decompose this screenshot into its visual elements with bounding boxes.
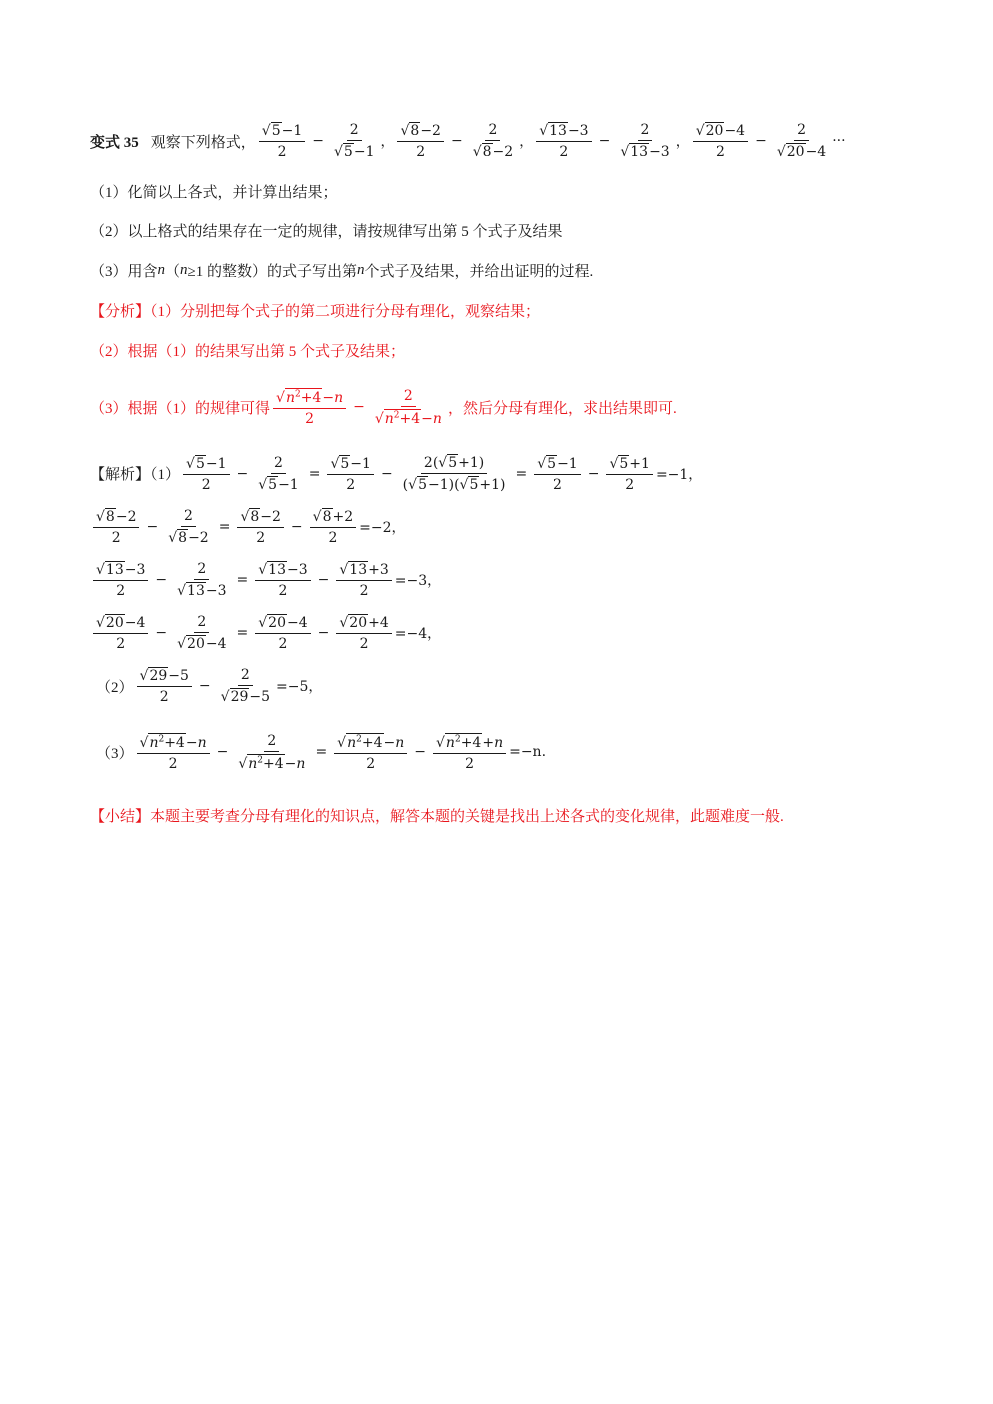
denominator: 2 bbox=[462, 754, 477, 772]
radical-sign: √ bbox=[339, 562, 348, 578]
math-group: √8−2 bbox=[96, 508, 136, 525]
math-group: √5−1 bbox=[334, 143, 374, 160]
operator: − bbox=[318, 572, 330, 588]
math-group: √5+1 bbox=[609, 455, 649, 472]
summary: 【小结】本题主要考查分母有理化的知识点，解答本题的关键是找出上述各式的变化规律，… bbox=[90, 805, 784, 826]
question-3: （3）用含 n （ n ≥1 的整数）的式子写出第 n 个式子及结果，并给出证明… bbox=[90, 260, 593, 281]
numerator: √29−5 bbox=[137, 667, 192, 687]
radical-sign: √ bbox=[140, 735, 149, 751]
fraction: √20+42 bbox=[336, 614, 391, 652]
fraction: √20−42 bbox=[693, 122, 748, 160]
numerator: √n2+4−n bbox=[334, 733, 407, 754]
denominator: 2 bbox=[622, 475, 637, 493]
operator: − bbox=[755, 133, 767, 149]
radicand: 5 bbox=[546, 455, 557, 472]
sqrt: √20 bbox=[696, 122, 725, 139]
radicand: n2+4 bbox=[148, 733, 185, 751]
math-group: √8−2 bbox=[168, 529, 208, 546]
radicand: n2+4 bbox=[384, 409, 421, 427]
problem-intro: 观察下列格式， bbox=[151, 131, 256, 152]
operator: − bbox=[451, 133, 463, 149]
n-squared-plus-4: n2+4 bbox=[385, 411, 420, 427]
fraction: 2√8−2 bbox=[165, 508, 211, 546]
math-group: √8−2 bbox=[400, 122, 440, 139]
numerator: √20−4 bbox=[255, 614, 310, 634]
radical-sign: √ bbox=[609, 456, 618, 472]
operator: = bbox=[309, 466, 321, 482]
fraction: 2√5−1 bbox=[255, 455, 301, 493]
radical-sign: √ bbox=[168, 530, 177, 546]
fraction: 2√5−1 bbox=[331, 122, 377, 160]
radicand: 8 bbox=[482, 143, 493, 160]
denominator: 2 bbox=[556, 142, 571, 160]
radical-sign: √ bbox=[539, 123, 548, 139]
fraction: √n2+4−n2 bbox=[137, 733, 210, 772]
radicand: 29 bbox=[230, 688, 250, 705]
radical-sign: √ bbox=[177, 583, 186, 599]
fraction: 2√20−4 bbox=[774, 122, 829, 160]
radical-sign: √ bbox=[313, 509, 322, 525]
var-n: n bbox=[494, 735, 503, 751]
sqrt: √13 bbox=[339, 561, 368, 578]
math-group: √20−4 bbox=[777, 143, 826, 160]
numerator: √n2+4−n bbox=[137, 733, 210, 754]
fraction: √13−32 bbox=[255, 561, 310, 599]
sqrt: √13 bbox=[96, 561, 125, 578]
radical-sign: √ bbox=[96, 509, 105, 525]
math-group: √5−1 bbox=[537, 455, 577, 472]
radicand: 13 bbox=[186, 582, 206, 599]
numerator: √13−3 bbox=[536, 122, 591, 142]
numerator: √n2+4−n bbox=[273, 388, 346, 409]
result: =−1， bbox=[656, 464, 702, 484]
numerator: √13+3 bbox=[336, 561, 391, 581]
sqrt: √5 bbox=[186, 455, 206, 472]
math-group: √13−3 bbox=[258, 561, 307, 578]
operator: − bbox=[318, 625, 330, 641]
math-group: √n2+4−n bbox=[276, 388, 343, 406]
operator: − bbox=[146, 519, 158, 535]
problem-statement: 变式 35 观察下列格式， √5−12−2√5−1，√8−22−2√8−2，√1… bbox=[90, 122, 846, 160]
numerator: √5−1 bbox=[183, 455, 229, 475]
radical-sign: √ bbox=[276, 390, 285, 406]
denominator: 2 bbox=[357, 634, 372, 652]
radicand: 8 bbox=[177, 529, 188, 546]
operator: = bbox=[219, 519, 231, 535]
fraction: √8−22 bbox=[237, 508, 283, 546]
numerator: 2 bbox=[794, 122, 809, 141]
n-squared-plus-4: n2+4 bbox=[149, 735, 184, 751]
operator: − bbox=[155, 572, 167, 588]
radical-sign: √ bbox=[375, 411, 384, 427]
sqrt: √n2+4 bbox=[140, 733, 186, 751]
exponent: 2 bbox=[356, 734, 362, 744]
numerator: 2 bbox=[401, 388, 416, 407]
radicand: 5 bbox=[339, 455, 350, 472]
radicand: 5 bbox=[468, 476, 479, 493]
sqrt: √8 bbox=[400, 122, 420, 139]
radical-sign: √ bbox=[620, 144, 629, 160]
exponent: 2 bbox=[257, 755, 263, 765]
fraction: √5+12 bbox=[606, 455, 652, 493]
sqrt: √5 bbox=[408, 476, 428, 493]
radicand: 20 bbox=[105, 614, 125, 631]
denominator: 2 bbox=[363, 754, 378, 772]
operator: − bbox=[381, 466, 393, 482]
radicand: 20 bbox=[186, 635, 206, 652]
fraction: 2√29−5 bbox=[218, 667, 273, 705]
sqrt: √8 bbox=[473, 143, 493, 160]
fraction: √5−12 bbox=[183, 455, 229, 493]
n-squared-plus-4: n2+4 bbox=[347, 735, 382, 751]
math-group: √29−5 bbox=[140, 667, 189, 684]
operator: − bbox=[312, 133, 324, 149]
radicand: 5 bbox=[417, 476, 428, 493]
numerator: 2 bbox=[194, 561, 209, 580]
sqrt: √20 bbox=[339, 614, 368, 631]
operator: − bbox=[199, 678, 211, 694]
denominator: 2 bbox=[166, 754, 181, 772]
radicand: 20 bbox=[705, 122, 725, 139]
radical-sign: √ bbox=[334, 144, 343, 160]
numerator: 2 bbox=[638, 122, 653, 141]
sqrt: √n2+4 bbox=[375, 409, 421, 427]
sqrt: √5 bbox=[334, 143, 354, 160]
math-group: (√5−1)(√5+1) bbox=[403, 476, 506, 493]
radical-sign: √ bbox=[537, 456, 546, 472]
sqrt: √n2+4 bbox=[337, 733, 383, 751]
operator: − bbox=[599, 133, 611, 149]
var-n: n bbox=[286, 390, 295, 406]
sqrt: √n2+4 bbox=[276, 388, 322, 406]
exponent: 2 bbox=[394, 410, 400, 420]
comma: ， bbox=[676, 131, 690, 151]
numerator: √13−3 bbox=[255, 561, 310, 581]
radicand: 20 bbox=[348, 614, 368, 631]
fraction: √5−12 bbox=[259, 122, 305, 160]
radical-sign: √ bbox=[777, 144, 786, 160]
numerator: √20−4 bbox=[93, 614, 148, 634]
radical-sign: √ bbox=[262, 123, 271, 139]
solution-line-2: √8−22−2√8−2=√8−22−√8+22=−2， bbox=[90, 508, 406, 546]
sqrt: √20 bbox=[96, 614, 125, 631]
fraction: √13−32 bbox=[536, 122, 591, 160]
radical-sign: √ bbox=[258, 615, 267, 631]
fraction: √n2+4−n2 bbox=[273, 388, 346, 427]
radical-sign: √ bbox=[258, 562, 267, 578]
math-group: √13−3 bbox=[620, 143, 669, 160]
radical-sign: √ bbox=[408, 477, 417, 493]
fraction: 2√8−2 bbox=[470, 122, 516, 160]
sqrt: √5 bbox=[262, 122, 282, 139]
var-n: n bbox=[198, 735, 207, 751]
denominator: 2 bbox=[199, 475, 214, 493]
result: =−3， bbox=[395, 570, 441, 590]
numerator: √20+4 bbox=[336, 614, 391, 634]
denominator: (√5−1)(√5+1) bbox=[400, 474, 509, 493]
radicand: 20 bbox=[786, 143, 806, 160]
var-n: n bbox=[433, 411, 442, 427]
operator: − bbox=[155, 625, 167, 641]
fraction: √29−52 bbox=[137, 667, 192, 705]
math-group: √n2+4+n bbox=[436, 733, 503, 751]
radicand: n2+4 bbox=[445, 733, 482, 751]
var-n: n bbox=[446, 735, 455, 751]
denominator: 2 bbox=[113, 581, 128, 599]
sqrt: √13 bbox=[539, 122, 568, 139]
denominator: 2 bbox=[253, 528, 268, 546]
math-group: √13−3 bbox=[539, 122, 588, 139]
solution-line-4: √20−42−2√20−4=√20−42−√20+42=−4， bbox=[90, 614, 441, 652]
question-1: （1）化简以上各式，并计算出结果； bbox=[90, 181, 338, 202]
fraction: 2√13−3 bbox=[617, 122, 672, 160]
math-group: √20−4 bbox=[258, 614, 307, 631]
n-squared-plus-4: n2+4 bbox=[248, 756, 283, 772]
radicand: 13 bbox=[348, 561, 368, 578]
fraction: √8−22 bbox=[397, 122, 443, 160]
math-group: √n2+4−n bbox=[375, 409, 442, 427]
denominator: √13−3 bbox=[617, 141, 672, 160]
math-group: √13−3 bbox=[177, 582, 226, 599]
solution-line-1: 【解析】（1） √5−12−2√5−1=√5−12−2(√5+1)(√5−1)(… bbox=[90, 454, 702, 493]
var-n: n bbox=[248, 756, 257, 772]
radical-sign: √ bbox=[140, 668, 149, 684]
sqrt: √8 bbox=[313, 508, 333, 525]
sqrt: √13 bbox=[177, 582, 206, 599]
fraction: √13−32 bbox=[93, 561, 148, 599]
sqrt: √13 bbox=[620, 143, 649, 160]
denominator: 2 bbox=[550, 475, 565, 493]
numerator: √8−2 bbox=[93, 508, 139, 528]
sqrt: √5 bbox=[537, 455, 557, 472]
radical-sign: √ bbox=[186, 456, 195, 472]
radical-sign: √ bbox=[330, 456, 339, 472]
sqrt: √5 bbox=[330, 455, 350, 472]
fraction: √5−12 bbox=[534, 455, 580, 493]
denominator: 2 bbox=[109, 528, 124, 546]
radicand: 13 bbox=[105, 561, 125, 578]
sqrt: √5 bbox=[609, 455, 629, 472]
operator: = bbox=[237, 572, 249, 588]
fraction: √5−12 bbox=[327, 455, 373, 493]
analysis-line-1: 【分析】（1）分别把每个式子的第二项进行分母有理化，观察结果； bbox=[90, 300, 540, 321]
radical-sign: √ bbox=[96, 615, 105, 631]
radicand: 8 bbox=[322, 508, 333, 525]
comma: ， bbox=[380, 131, 394, 151]
numerator: √5−1 bbox=[534, 455, 580, 475]
solution-part-3: （3） √n2+4−n2−2√n2+4−n=√n2+4−n2−√n2+4+n2=… bbox=[96, 733, 546, 772]
operator: − bbox=[237, 466, 249, 482]
radical-sign: √ bbox=[177, 636, 186, 652]
numerator: √5−1 bbox=[259, 122, 305, 142]
denominator: 2 bbox=[157, 687, 172, 705]
operator: − bbox=[588, 466, 600, 482]
numerator: √8+2 bbox=[310, 508, 356, 528]
math-group: √n2+4−n bbox=[140, 733, 207, 751]
operator: = bbox=[237, 625, 249, 641]
denominator: √n2+4−n bbox=[372, 407, 445, 427]
numerator: 2 bbox=[271, 455, 286, 474]
numerator: √5−1 bbox=[327, 455, 373, 475]
radicand: 13 bbox=[267, 561, 287, 578]
radical-sign: √ bbox=[221, 689, 230, 705]
n-squared-plus-4: n2+4 bbox=[286, 390, 321, 406]
radicand: 5 bbox=[267, 476, 278, 493]
numerator: 2(√5+1) bbox=[421, 454, 487, 474]
var-n: n bbox=[385, 411, 394, 427]
radical-sign: √ bbox=[473, 144, 482, 160]
result: =−n. bbox=[509, 744, 546, 760]
radicand: 29 bbox=[148, 667, 168, 684]
radicand: 20 bbox=[267, 614, 287, 631]
math-group: √20−4 bbox=[177, 635, 226, 652]
denominator: √8−2 bbox=[470, 141, 516, 160]
ellipsis: ··· bbox=[832, 133, 845, 149]
radical-sign: √ bbox=[238, 756, 247, 772]
general-expression: √n2+4−n2−2√n2+4−n bbox=[270, 388, 448, 427]
radicand: n2+4 bbox=[346, 733, 383, 751]
math-group: √8−2 bbox=[240, 508, 280, 525]
numerator: √8−2 bbox=[397, 122, 443, 142]
math-group: √8−2 bbox=[473, 143, 513, 160]
operator: = bbox=[516, 466, 528, 482]
fraction: 2√n2+4−n bbox=[372, 388, 445, 427]
denominator: 2 bbox=[413, 142, 428, 160]
radicand: n2+4 bbox=[285, 388, 322, 406]
radicand: n2+4 bbox=[247, 754, 284, 772]
sqrt: √5 bbox=[438, 454, 458, 471]
var-n: n bbox=[395, 735, 404, 751]
math-group: √8+2 bbox=[313, 508, 353, 525]
radicand: 5 bbox=[447, 454, 458, 471]
denominator: 2 bbox=[113, 634, 128, 652]
math-group: 2(√5+1) bbox=[424, 454, 484, 471]
exponent: 2 bbox=[295, 389, 301, 399]
n-squared-plus-4: n2+4 bbox=[446, 735, 481, 751]
denominator: 2 bbox=[343, 475, 358, 493]
math-group: √n2+4−n bbox=[238, 754, 305, 772]
numerator: √8−2 bbox=[237, 508, 283, 528]
sqrt: √8 bbox=[240, 508, 260, 525]
analysis-line-2: （2）根据（1）的结果写出第 5 个式子及结果； bbox=[90, 340, 405, 361]
numerator: √13−3 bbox=[93, 561, 148, 581]
sqrt: √13 bbox=[258, 561, 287, 578]
result: =−2， bbox=[359, 517, 405, 537]
solution-line-3: √13−32−2√13−3=√13−32−√13+32=−3， bbox=[90, 561, 441, 599]
numerator: 2 bbox=[194, 614, 209, 633]
radicand: 5 bbox=[618, 455, 629, 472]
result: =−5， bbox=[276, 676, 322, 696]
math-group: √5−1 bbox=[262, 122, 302, 139]
denominator: √20−4 bbox=[774, 141, 829, 160]
sqrt: √8 bbox=[96, 508, 116, 525]
denominator: √8−2 bbox=[165, 527, 211, 546]
radical-sign: √ bbox=[258, 477, 267, 493]
radical-sign: √ bbox=[436, 735, 445, 751]
math-group: √n2+4−n bbox=[337, 733, 404, 751]
denominator: √n2+4−n bbox=[235, 752, 308, 772]
fraction: √20−42 bbox=[93, 614, 148, 652]
problem-tag: 变式 35 bbox=[90, 131, 139, 152]
radical-sign: √ bbox=[337, 735, 346, 751]
analysis-line-3: （3）根据（1）的规律可得 √n2+4−n2−2√n2+4−n ，然后分母有理化… bbox=[90, 388, 677, 427]
var-n: n bbox=[334, 390, 343, 406]
fraction: 2√n2+4−n bbox=[235, 733, 308, 772]
result: =−4， bbox=[395, 623, 441, 643]
sqrt: √20 bbox=[177, 635, 206, 652]
radical-sign: √ bbox=[240, 509, 249, 525]
numerator: 2 bbox=[347, 122, 362, 141]
operator: − bbox=[291, 519, 303, 535]
denominator: √20−4 bbox=[174, 633, 229, 652]
sqrt: √29 bbox=[221, 688, 250, 705]
denominator: 2 bbox=[275, 142, 290, 160]
math-group: √20−4 bbox=[96, 614, 145, 631]
denominator: √29−5 bbox=[218, 686, 273, 705]
numerator: √5+1 bbox=[606, 455, 652, 475]
denominator: √13−3 bbox=[174, 580, 229, 599]
solution-label: 【解析】（1） bbox=[90, 463, 180, 484]
denominator: 2 bbox=[325, 528, 340, 546]
denominator: 2 bbox=[275, 634, 290, 652]
radicand: 13 bbox=[629, 143, 649, 160]
math-group: √20−4 bbox=[696, 122, 745, 139]
fraction: √20−42 bbox=[255, 614, 310, 652]
fraction: √n2+4+n2 bbox=[433, 733, 506, 772]
sqrt: √5 bbox=[258, 476, 278, 493]
fraction: 2(√5+1)(√5−1)(√5+1) bbox=[400, 454, 509, 493]
sqrt: √29 bbox=[140, 667, 169, 684]
numerator: 2 bbox=[238, 667, 253, 686]
exponent: 2 bbox=[455, 734, 461, 744]
operator: − bbox=[353, 399, 365, 415]
radical-sign: √ bbox=[438, 455, 447, 471]
numerator: 2 bbox=[264, 733, 279, 752]
denominator: 2 bbox=[275, 581, 290, 599]
fraction: √8−22 bbox=[93, 508, 139, 546]
math-group: √13+3 bbox=[339, 561, 388, 578]
math-group: √5−1 bbox=[330, 455, 370, 472]
operator: − bbox=[217, 744, 229, 760]
question-2: （2）以上格式的结果存在一定的规律，请按规律写出第 5 个式子及结果 bbox=[90, 220, 563, 241]
numerator: 2 bbox=[181, 508, 196, 527]
fraction: √8+22 bbox=[310, 508, 356, 546]
denominator: 2 bbox=[713, 142, 728, 160]
radical-sign: √ bbox=[696, 123, 705, 139]
math-group: √5−1 bbox=[186, 455, 226, 472]
solution-part-2: （2） √29−52−2√29−5=−5， bbox=[96, 667, 322, 705]
numerator: √n2+4+n bbox=[433, 733, 506, 754]
math-group: √29−5 bbox=[221, 688, 270, 705]
denominator: 2 bbox=[302, 409, 317, 427]
radicand: 5 bbox=[343, 143, 354, 160]
radicand: 5 bbox=[195, 455, 206, 472]
expression-sequence: √5−12−2√5−1，√8−22−2√8−2，√13−32−2√13−3，√2… bbox=[256, 122, 832, 160]
sqrt: √5 bbox=[460, 476, 480, 493]
fraction: √13+32 bbox=[336, 561, 391, 599]
numerator: √20−4 bbox=[693, 122, 748, 142]
fraction: √n2+4−n2 bbox=[334, 733, 407, 772]
denominator: 2 bbox=[357, 581, 372, 599]
radicand: 8 bbox=[105, 508, 116, 525]
radical-sign: √ bbox=[96, 562, 105, 578]
comma: ， bbox=[519, 131, 533, 151]
fraction: 2√20−4 bbox=[174, 614, 229, 652]
var-n: n bbox=[296, 756, 305, 772]
radicand: 8 bbox=[249, 508, 260, 525]
radical-sign: √ bbox=[400, 123, 409, 139]
operator: − bbox=[414, 744, 426, 760]
